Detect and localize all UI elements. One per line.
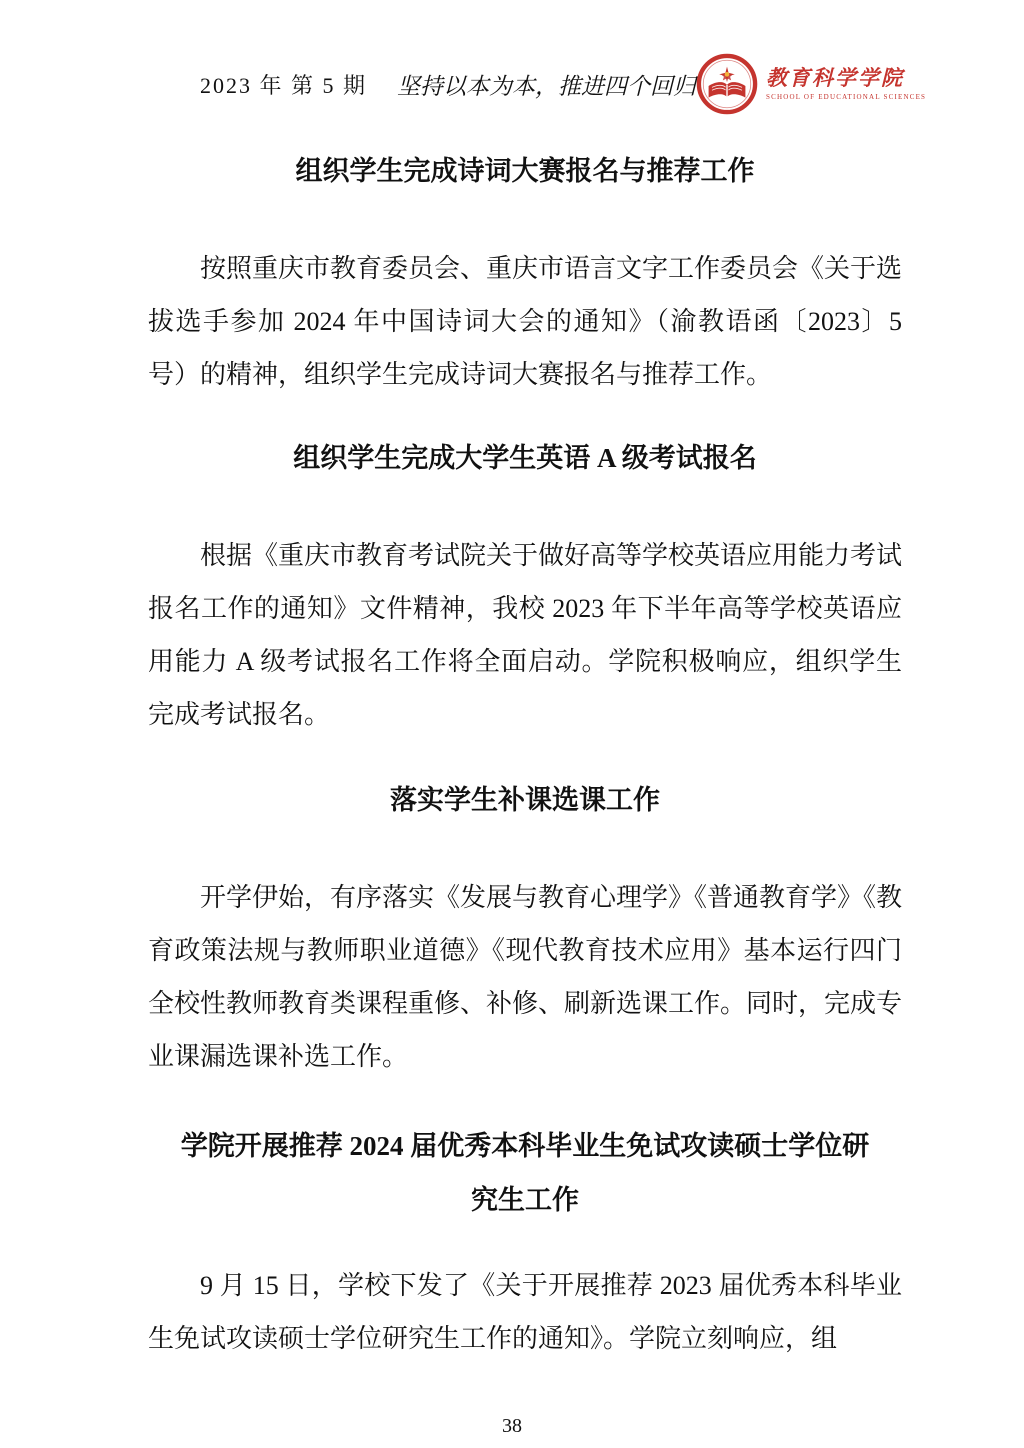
school-name: 教育科学学院 <box>766 67 904 90</box>
section-paragraph: 9 月 15 日，学校下发了《关于开展推荐 2023 届优秀本科毕业生免试攻读硕… <box>148 1259 902 1365</box>
section-paragraph: 开学伊始，有序落实《发展与教育心理学》《普通教育学》《教育政策法规与教师职业道德… <box>148 871 902 1083</box>
school-logo: 教育科学学院 SCHOOL OF EDUCATIONAL SCIENCES <box>696 53 926 115</box>
section-paragraph: 按照重庆市教育委员会、重庆市语言文字工作委员会《关于选拔选手参加 2024 年中… <box>148 242 902 401</box>
header-slogan: 坚持以本为本，推进四个回归 <box>397 68 696 101</box>
section-paragraph: 根据《重庆市教育考试院关于做好高等学校英语应用能力考试报名工作的通知》文件精神，… <box>148 529 902 741</box>
section-graduate-recommendation: 学院开展推荐 2024 届优秀本科毕业生免试攻读硕士学位研究生工作 9 月 15… <box>148 1119 902 1365</box>
issue-label: 2023 年 第 5 期 <box>200 69 367 100</box>
school-seal-icon <box>696 53 758 115</box>
section-heading: 组织学生完成大学生英语 A 级考试报名 <box>175 431 875 485</box>
section-heading: 落实学生补课选课工作 <box>175 773 875 827</box>
section-heading: 学院开展推荐 2024 届优秀本科毕业生免试攻读硕士学位研究生工作 <box>175 1119 875 1227</box>
section-english-exam: 组织学生完成大学生英语 A 级考试报名 根据《重庆市教育考试院关于做好高等学校英… <box>148 431 902 741</box>
newsletter-page: 2023 年 第 5 期 坚持以本为本，推进四个回归 教育科学学院 SCHOOL <box>0 0 1024 1448</box>
document-body: 组织学生完成诗词大赛报名与推荐工作 按照重庆市教育委员会、重庆市语言文字工作委员… <box>148 144 902 1365</box>
section-course-selection: 落实学生补课选课工作 开学伊始，有序落实《发展与教育心理学》《普通教育学》《教育… <box>148 773 902 1083</box>
school-name-english: SCHOOL OF EDUCATIONAL SCIENCES <box>766 93 926 101</box>
page-header: 2023 年 第 5 期 坚持以本为本，推进四个回归 教育科学学院 SCHOOL <box>200 52 920 116</box>
section-heading: 组织学生完成诗词大赛报名与推荐工作 <box>175 144 875 198</box>
school-logo-text: 教育科学学院 SCHOOL OF EDUCATIONAL SCIENCES <box>766 67 926 100</box>
section-poetry-contest: 组织学生完成诗词大赛报名与推荐工作 按照重庆市教育委员会、重庆市语言文字工作委员… <box>148 144 902 401</box>
page-number: 38 <box>0 1415 1024 1438</box>
